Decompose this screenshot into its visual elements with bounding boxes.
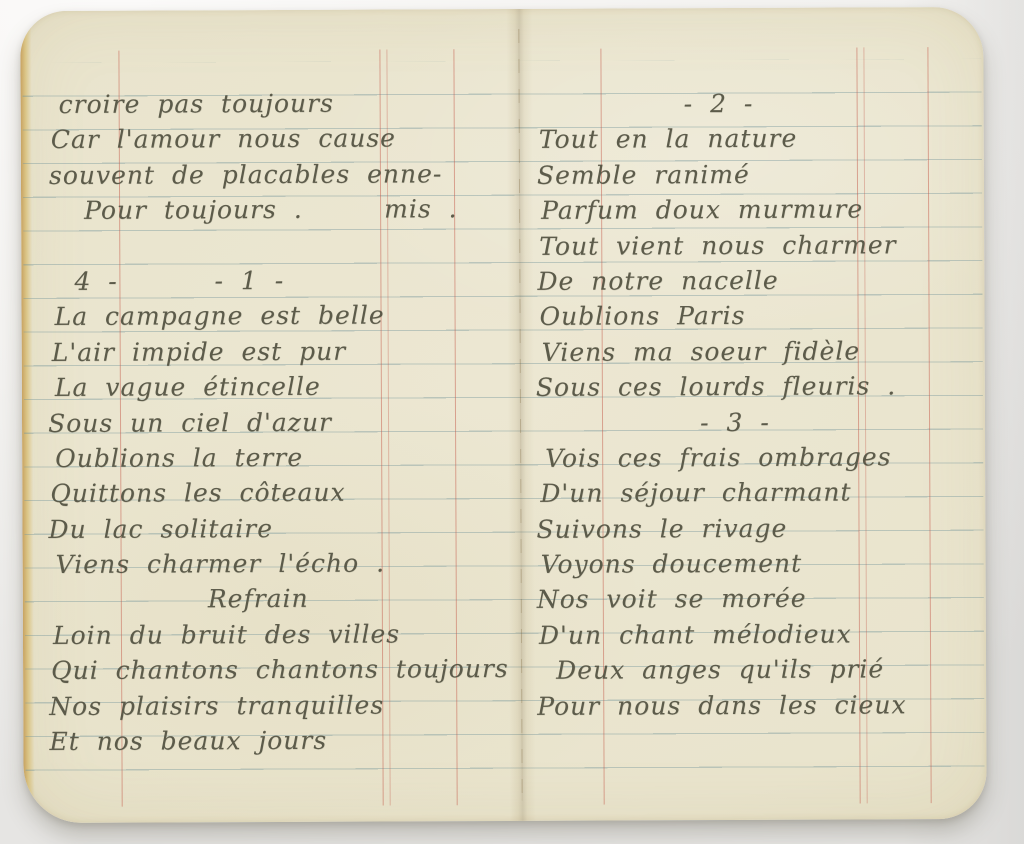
handwritten-line: Loin du bruit des villes: [49, 616, 517, 653]
notebook-open-spread: croire pas toujoursCar l'amour nous caus…: [20, 7, 987, 823]
handwritten-line: Parfum doux murmure: [535, 191, 981, 228]
handwritten-line: D'un chant mélodieux: [537, 616, 983, 653]
handwritten-line: Oublions la terre: [48, 439, 516, 476]
handwritten-line: Quittons les côteaux: [48, 474, 516, 511]
handwritten-line: Semble ranimé: [535, 156, 981, 193]
handwritten-line-tail: mis .: [384, 191, 458, 227]
handwritten-line: Refrain: [49, 580, 517, 617]
handwritten-line: Nos plaisirs tranquilles: [49, 687, 517, 724]
handwritten-line: Tout vient nous charmer: [535, 226, 981, 263]
handwritten-line: Suivons le rivage: [536, 510, 982, 547]
handwritten-line: Viens charmer l'écho .: [49, 545, 517, 582]
handwritten-line: Du lac solitaire: [48, 510, 516, 547]
handwritten-line-tail: - 1 -: [214, 263, 284, 299]
handwritten-line: 4 -- 1 -: [47, 262, 515, 299]
handwritten-line: La campagne est belle: [47, 297, 515, 334]
handwritten-line: Qui chantons chantons toujours: [49, 651, 517, 688]
handwritten-line: Pour toujours .mis .: [47, 191, 515, 228]
handwritten-line: Nos voit se morée: [537, 580, 983, 617]
handwritten-line: - 3 -: [536, 403, 982, 440]
handwritten-line: croire pas toujours: [47, 85, 515, 122]
binding-crease: [518, 29, 522, 801]
handwritten-line: Car l'amour nous cause: [47, 120, 515, 157]
handwritten-line: Pour nous dans les cieux: [537, 687, 983, 724]
handwritten-line: Deux anges qu'ils prié: [537, 651, 983, 688]
handwritten-line: Voyons doucement: [537, 545, 983, 582]
handwritten-line: Vois ces frais ombrages: [536, 439, 982, 476]
handwritten-line: Tout en la nature: [535, 120, 981, 157]
handwritten-line: Sous ces lourds fleuris .: [536, 368, 982, 405]
handwritten-line: Et nos beaux jours: [49, 722, 517, 759]
handwritten-line: [47, 227, 515, 264]
handwritten-line: D'un séjour charmant: [536, 474, 982, 511]
right-page-handwriting: - 2 -Tout en la natureSemble raniméParfu…: [535, 85, 984, 724]
handwritten-line: Viens ma soeur fidèle: [536, 333, 982, 370]
handwritten-line: Sous un ciel d'azur: [48, 403, 516, 440]
handwritten-line: L'air impide est pur: [48, 333, 516, 370]
handwritten-line: De notre nacelle: [535, 262, 981, 299]
handwritten-line: La vague étincelle: [48, 368, 516, 405]
handwritten-line: souvent de placables enne-: [47, 156, 515, 193]
handwritten-line: - 2 -: [535, 85, 981, 122]
left-page-handwriting: croire pas toujoursCar l'amour nous caus…: [47, 85, 518, 759]
handwritten-line: Oublions Paris: [535, 297, 981, 334]
